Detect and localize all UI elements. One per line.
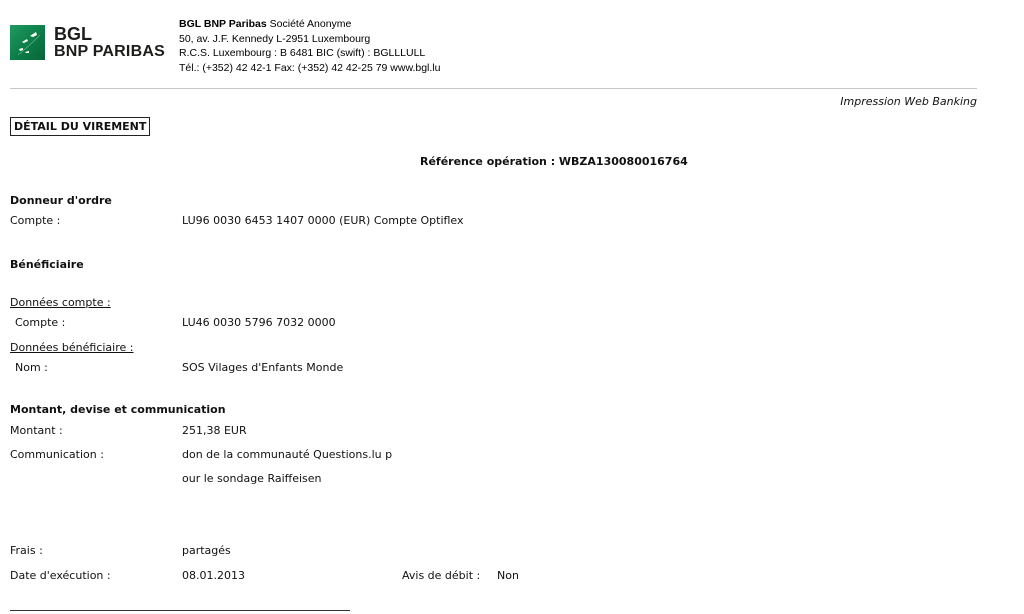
beneficiary-heading: Bénéficiaire xyxy=(10,258,84,271)
address-line-1: BGL BNP Paribas Société Anonyme xyxy=(179,17,440,32)
amount-value: 251,38 EUR xyxy=(182,424,247,437)
print-label: Impression Web Banking xyxy=(840,95,977,108)
execution-date-label: Date d'exécution : xyxy=(10,569,111,582)
ordering-account-value: LU96 0030 6453 1407 0000 (EUR) Compte Op… xyxy=(182,214,464,227)
debit-notice-value: Non xyxy=(497,569,519,582)
communication-label: Communication : xyxy=(10,448,104,461)
ordering-account-label: Compte : xyxy=(10,214,60,227)
beneficiary-name-label: Nom : xyxy=(15,361,48,374)
brand-line-1: BGL xyxy=(54,26,165,43)
address-line-2: 50, av. J.F. Kennedy L-2951 Luxembourg xyxy=(179,32,440,47)
brand-logo-text: BGL BNP PARIBAS xyxy=(54,26,165,60)
header-divider xyxy=(10,88,977,89)
beneficiary-name-value: SOS Vilages d'Enfants Monde xyxy=(182,361,343,374)
footer-divider xyxy=(10,610,350,611)
communication-line-1: don de la communauté Questions.lu p xyxy=(182,448,392,461)
company-form: Société Anonyme xyxy=(267,18,352,30)
company-name: BGL BNP Paribas xyxy=(179,18,267,30)
account-data-label: Données compte : xyxy=(10,296,111,309)
bnp-stars-birds-icon xyxy=(10,25,45,60)
beneficiary-account-value: LU46 0030 5796 7032 0000 xyxy=(182,316,336,329)
address-line-4: Tél.: (+352) 42 42-1 Fax: (+352) 42 42-2… xyxy=(179,61,440,76)
operation-reference: Référence opération : WBZA130080016764 xyxy=(420,155,688,168)
amount-section-heading: Montant, devise et communication xyxy=(10,403,226,416)
amount-label: Montant : xyxy=(10,424,63,437)
ordering-party-heading: Donneur d'ordre xyxy=(10,194,112,207)
fees-value: partagés xyxy=(182,544,231,557)
document-title: DÉTAIL DU VIREMENT xyxy=(10,117,150,136)
brand-line-2: BNP PARIBAS xyxy=(54,43,165,60)
beneficiary-data-label: Données bénéficiaire : xyxy=(10,341,133,354)
execution-date-value: 08.01.2013 xyxy=(182,569,245,582)
communication-line-2: our le sondage Raiffeisen xyxy=(182,472,322,485)
address-line-3: R.C.S. Luxembourg : B 6481 BIC (swift) :… xyxy=(179,46,440,61)
beneficiary-account-label: Compte : xyxy=(15,316,65,329)
logo-icon xyxy=(10,25,45,60)
fees-label: Frais : xyxy=(10,544,43,557)
bank-address: BGL BNP Paribas Société Anonyme 50, av. … xyxy=(179,17,440,75)
debit-notice-label: Avis de débit : xyxy=(402,569,480,582)
